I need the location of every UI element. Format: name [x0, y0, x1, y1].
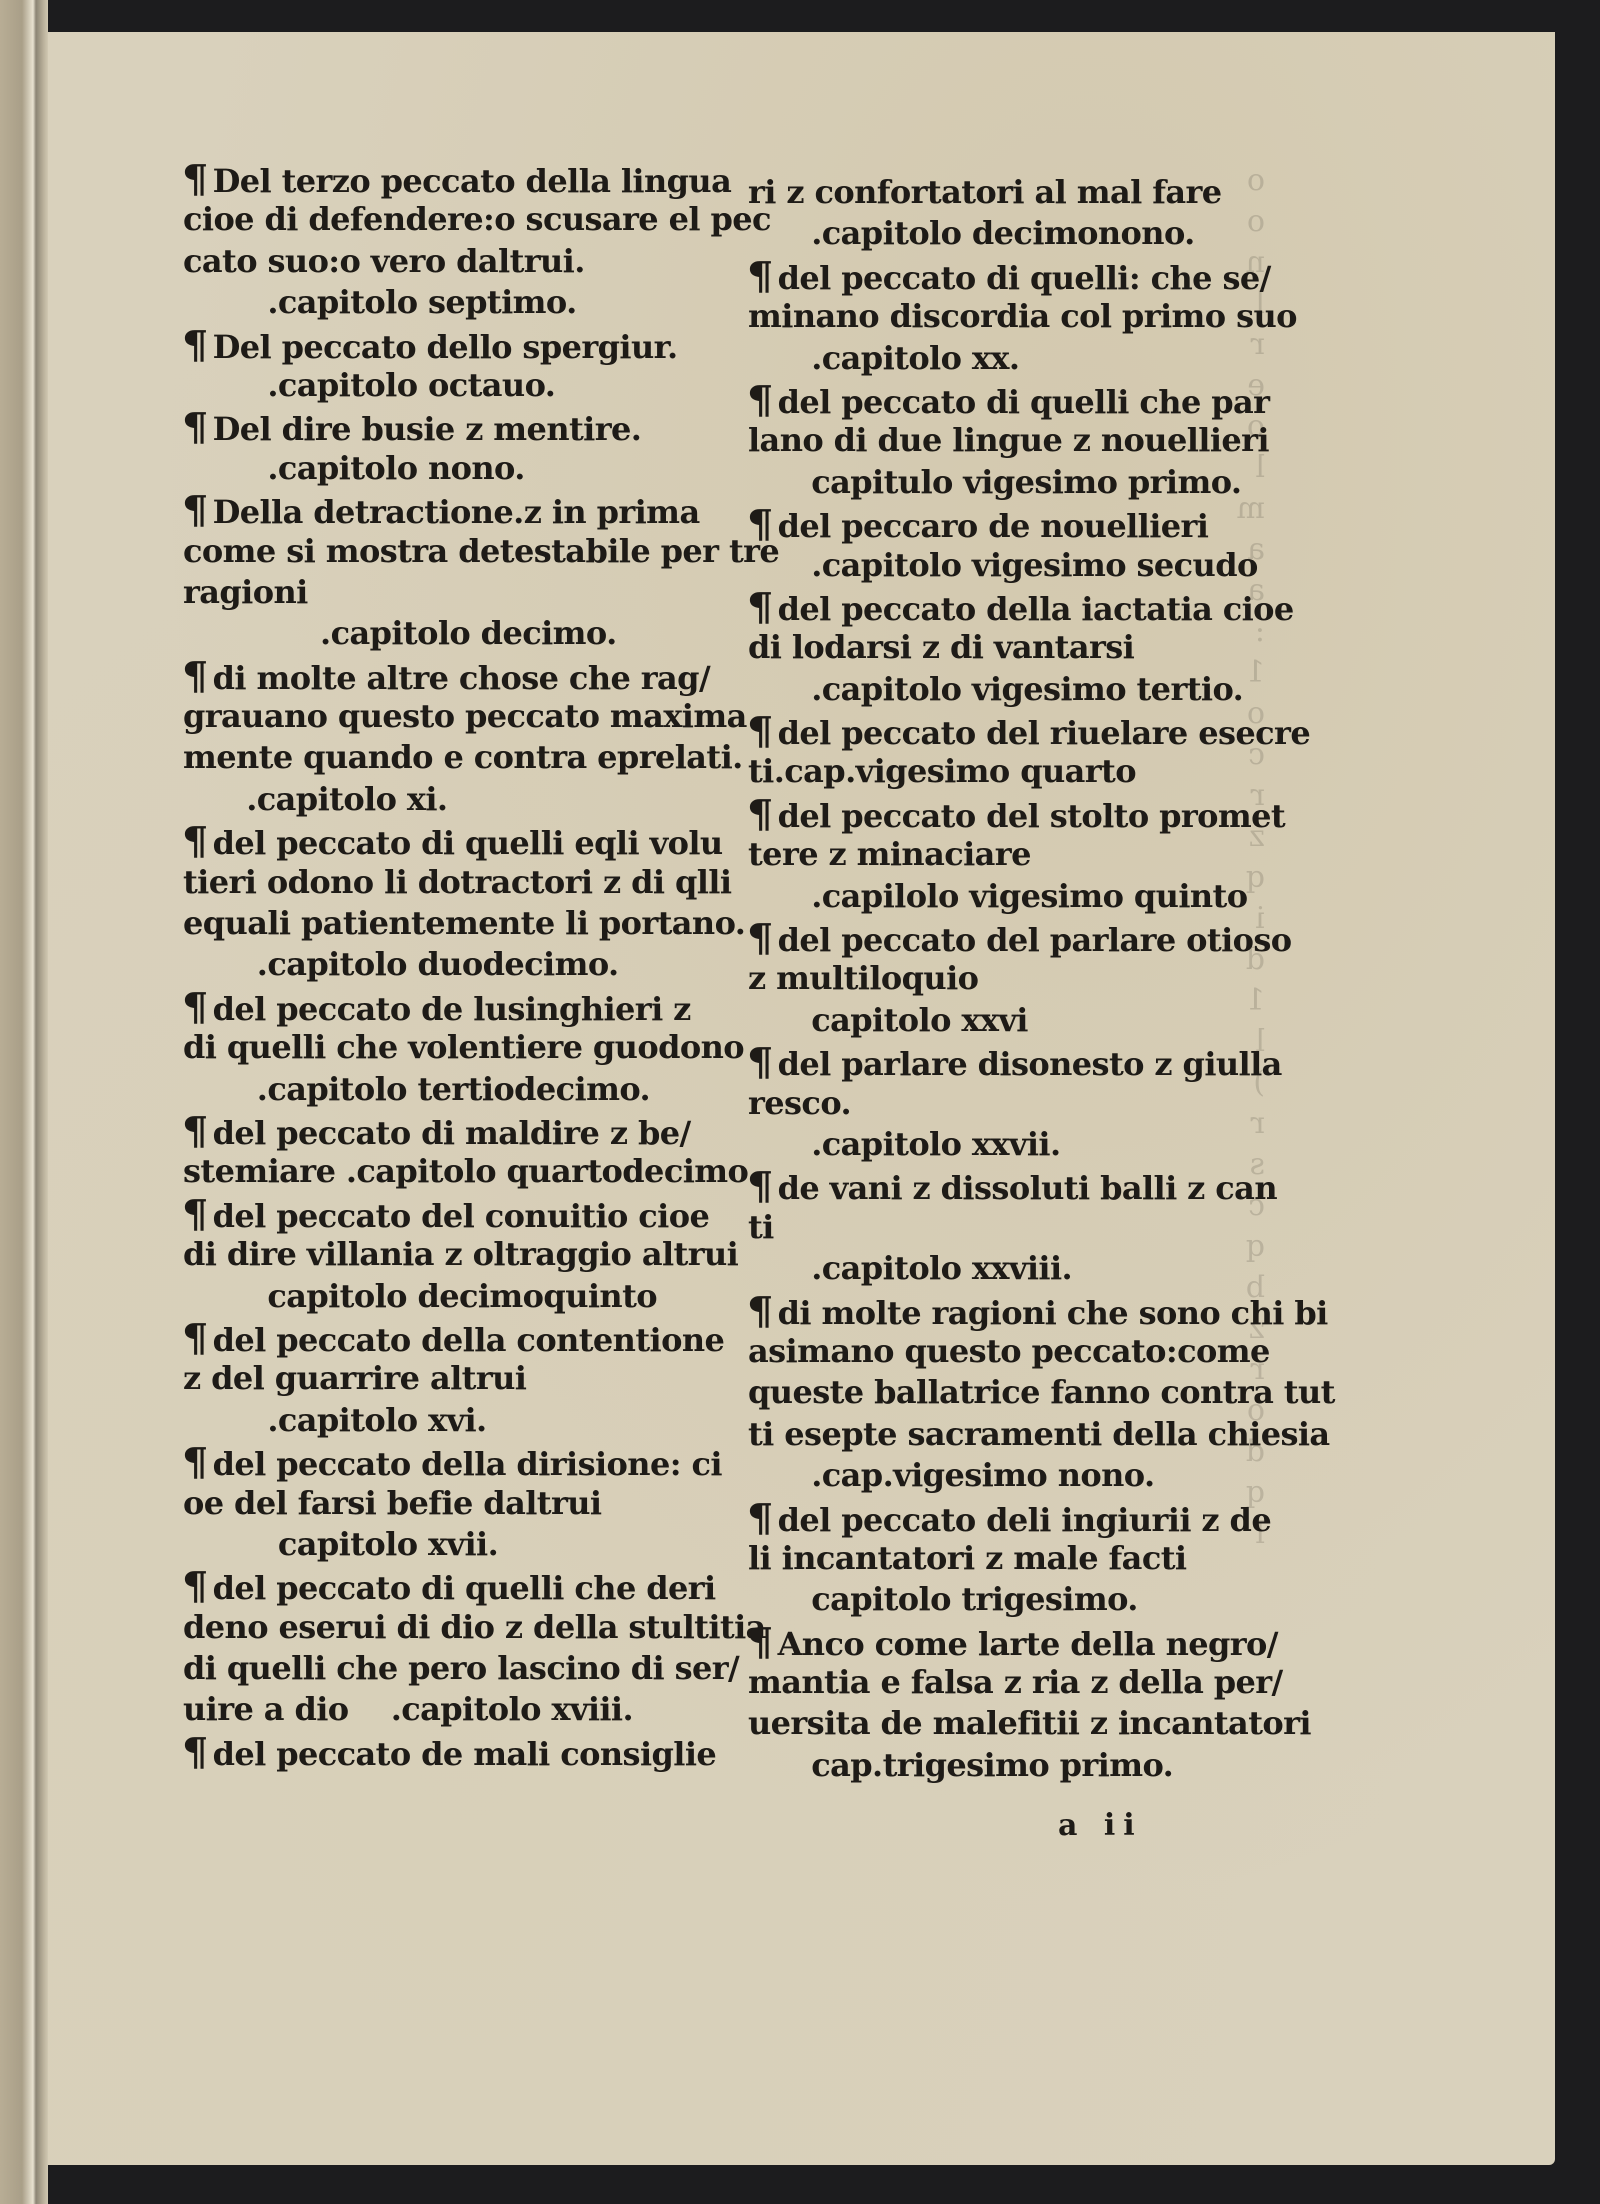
line-text: uire a dio .capitolo xviii.	[183, 1690, 633, 1728]
right-column: ri z confortatori al mal fare .capitolo …	[748, 172, 1258, 1786]
toc-entry-line: di lodarsi z di vantarsi	[748, 627, 1258, 668]
line-text: .capitolo tertiodecimo.	[183, 1070, 650, 1108]
paragraph-mark-icon: ¶	[747, 793, 773, 834]
toc-entry-line: capitolo xxvi	[748, 1000, 1258, 1041]
toc-entry-start: ¶del peccato del riuelare esecre	[748, 710, 1258, 751]
line-text: queste ballatrice fanno contra tut	[748, 1373, 1335, 1411]
line-text: capitolo decimoquinto	[183, 1277, 657, 1315]
toc-entry-start: ¶del parlare disonesto z giulla	[748, 1041, 1258, 1082]
toc-entry-line: uersita de malefitii z incantatori	[748, 1703, 1258, 1744]
line-text: di dire villania z oltraggio altrui	[183, 1235, 738, 1273]
line-text: del peccato del riuelare esecre	[778, 714, 1311, 752]
toc-entry-start: ¶Del terzo peccato della lingua	[183, 158, 693, 199]
paragraph-mark-icon: ¶	[182, 986, 208, 1027]
line-text: minano discordia col primo suo	[748, 297, 1297, 335]
paragraph-mark-icon: ¶	[747, 503, 773, 544]
toc-entry-line: .capilolo vigesimo quinto	[748, 876, 1258, 917]
paragraph-mark-icon: ¶	[182, 324, 208, 365]
line-text: del peccaro de nouellieri	[778, 507, 1209, 545]
line-text: .capitolo vigesimo tertio.	[748, 670, 1243, 708]
paragraph-mark-icon: ¶	[747, 710, 773, 751]
line-text: ti esepte sacramenti della chiesia	[748, 1415, 1330, 1453]
paragraph-mark-icon: ¶	[182, 1441, 208, 1482]
toc-entry-line: tere z minaciare	[748, 834, 1258, 875]
line-text: ragioni	[183, 573, 308, 611]
line-text: equali patientemente li portano.	[183, 904, 745, 942]
paragraph-mark-icon: ¶	[747, 255, 773, 296]
line-text: uersita de malefitii z incantatori	[748, 1704, 1311, 1742]
line-text: del peccato di maldire z be/	[213, 1114, 691, 1152]
line-text: di lodarsi z di vantarsi	[748, 628, 1134, 666]
line-text: cap.trigesimo primo.	[748, 1746, 1173, 1784]
toc-entry-start: ¶Della detractione.z in prima	[183, 489, 693, 530]
line-text: .capitolo xxviii.	[748, 1249, 1072, 1287]
toc-entry-line: .capitolo nono.	[183, 448, 693, 489]
toc-entry-line: cap.trigesimo primo.	[748, 1745, 1258, 1786]
line-text: cato suo:o vero daltrui.	[183, 242, 585, 280]
toc-entry-line: deno eserui di dio z della stultitia	[183, 1607, 693, 1648]
line-text: resco.	[748, 1084, 851, 1122]
line-text: capitolo trigesimo.	[748, 1580, 1138, 1618]
toc-entry-line: ragioni	[183, 572, 693, 613]
line-text: di quelli che pero lascino di ser/	[183, 1649, 739, 1687]
line-text: z multiloquio	[748, 959, 978, 997]
toc-entry-start: ¶de vani z dissoluti balli z can	[748, 1165, 1258, 1206]
line-text: .capitolo decimo.	[183, 614, 617, 652]
line-text: del peccato di quelli: che se/	[778, 259, 1271, 297]
paragraph-mark-icon: ¶	[182, 1317, 208, 1358]
toc-entry-line: .capitolo duodecimo.	[183, 944, 693, 985]
toc-entry-start: ¶Del peccato dello spergiur.	[183, 324, 693, 365]
toc-entry-line: equali patientemente li portano.	[183, 903, 693, 944]
toc-entry-line: .capitolo xi.	[183, 779, 693, 820]
signature-mark: a ii	[1058, 1808, 1143, 1843]
toc-entry-start: ¶del peccato di maldire z be/	[183, 1110, 693, 1151]
line-text: .capitolo xi.	[183, 780, 447, 818]
toc-entry-line: lano di due lingue z nouellieri	[748, 420, 1258, 461]
paragraph-mark-icon: ¶	[747, 1621, 773, 1662]
line-text: Anco come larte della negro/	[778, 1625, 1278, 1663]
toc-entry-line: come si mostra detestabile per tre	[183, 531, 693, 572]
left-column: ¶Del terzo peccato della linguacioe di d…	[183, 158, 693, 1772]
paragraph-mark-icon: ¶	[747, 1165, 773, 1206]
toc-entry-start: ¶del peccato del stolto promet	[748, 793, 1258, 834]
paragraph-mark-icon: ¶	[747, 379, 773, 420]
paragraph-mark-icon: ¶	[747, 1497, 773, 1538]
line-text: del peccato della contentione	[213, 1321, 725, 1359]
line-text: Del peccato dello spergiur.	[213, 328, 678, 366]
paragraph-mark-icon: ¶	[182, 1110, 208, 1151]
paragraph-mark-icon: ¶	[182, 158, 208, 199]
toc-entry-start: ¶del peccato di quelli che par	[748, 379, 1258, 420]
line-text: oe del farsi befie daltrui	[183, 1484, 601, 1522]
paragraph-mark-icon: ¶	[182, 1193, 208, 1234]
toc-entry-line: .cap.vigesimo nono.	[748, 1455, 1258, 1496]
toc-entry-line: ti	[748, 1207, 1258, 1248]
line-text: del peccato della dirisione: ci	[213, 1445, 722, 1483]
toc-entry-line: .capitolo xvi.	[183, 1400, 693, 1441]
line-text: .capitolo xvi.	[183, 1401, 487, 1439]
line-text: del peccato del parlare otioso	[778, 921, 1292, 959]
toc-entry-line: .capitolo decimonono.	[748, 213, 1258, 254]
toc-entry-line: cioe di defendere:o scusare el pec	[183, 199, 693, 240]
toc-entry-line: di quelli che pero lascino di ser/	[183, 1648, 693, 1689]
toc-entry-start: ¶del peccato de lusinghieri z	[183, 986, 693, 1027]
toc-entry-line: capitolo decimoquinto	[183, 1276, 693, 1317]
toc-entry-line: .capitolo xx.	[748, 338, 1258, 379]
toc-entry-start: ¶del peccato di quelli: che se/	[748, 255, 1258, 296]
line-text: .capitolo nono.	[183, 449, 525, 487]
line-text: Del terzo peccato della lingua	[213, 162, 732, 200]
paragraph-mark-icon: ¶	[747, 1041, 773, 1082]
paragraph-mark-icon: ¶	[182, 406, 208, 447]
line-text: asimano questo peccato:come	[748, 1332, 1270, 1370]
line-text: ri z confortatori al mal fare	[748, 173, 1222, 211]
toc-entry-start: ¶del peccato della dirisione: ci	[183, 1441, 693, 1482]
toc-entry-line: capitulo vigesimo primo.	[748, 462, 1258, 503]
line-text: .capitolo vigesimo secudo	[748, 546, 1258, 584]
toc-entry-line: ti.cap.vigesimo quarto	[748, 751, 1258, 792]
line-text: ti	[748, 1208, 774, 1246]
toc-entry-line: capitolo trigesimo.	[748, 1579, 1258, 1620]
line-text: deno eserui di dio z della stultitia	[183, 1608, 766, 1646]
line-text: del peccato deli ingiurii z de	[778, 1501, 1272, 1539]
toc-entry-start: ¶di molte ragioni che sono chi bi	[748, 1290, 1258, 1331]
line-text: del peccato di quelli eqli volu	[213, 824, 723, 862]
line-text: di quelli che volentiere guodono	[183, 1028, 744, 1066]
line-text: di molte ragioni che sono chi bi	[778, 1294, 1328, 1332]
line-text: di molte altre chose che rag/	[213, 659, 710, 697]
line-text: li incantatori z male facti	[748, 1539, 1186, 1577]
toc-entry-line: z del guarrire altrui	[183, 1358, 693, 1399]
line-text: mente quando e contra eprelati.	[183, 738, 743, 776]
toc-entry-start: ¶del peccato de mali consiglie	[183, 1731, 693, 1772]
toc-entry-line: uire a dio .capitolo xviii.	[183, 1689, 693, 1730]
line-text: del parlare disonesto z giulla	[778, 1045, 1282, 1083]
paragraph-mark-icon: ¶	[747, 917, 773, 958]
line-text: del peccato della iactatia cioe	[778, 590, 1294, 628]
toc-entry-line: .capitolo vigesimo tertio.	[748, 669, 1258, 710]
toc-entry-line: tieri odono li dotractori z di qlli	[183, 862, 693, 903]
paragraph-mark-icon: ¶	[182, 1731, 208, 1772]
toc-entry-line: asimano questo peccato:come	[748, 1331, 1258, 1372]
line-text: del peccato de lusinghieri z	[213, 990, 691, 1028]
paragraph-mark-icon: ¶	[747, 1290, 773, 1331]
line-text: ti.cap.vigesimo quarto	[748, 752, 1136, 790]
line-text: .capitolo decimonono.	[748, 214, 1195, 252]
toc-entry-start: ¶del peccato di quelli che deri	[183, 1565, 693, 1606]
toc-entry-start: ¶del peccato del conuitio cioe	[183, 1193, 693, 1234]
toc-entry-start: ¶del peccaro de nouellieri	[748, 503, 1258, 544]
line-text: .capitolo septimo.	[183, 283, 577, 321]
line-text: .capitolo octauo.	[183, 366, 555, 404]
line-text: .capitolo xxvii.	[748, 1125, 1061, 1163]
toc-entry-start: ¶di molte altre chose che rag/	[183, 655, 693, 696]
paragraph-mark-icon: ¶	[747, 586, 773, 627]
toc-entry-start: ¶Del dire busie z mentire.	[183, 406, 693, 447]
line-text: Della detractione.z in prima	[213, 493, 700, 531]
line-text: mantia e falsa z ria z della per/	[748, 1663, 1283, 1701]
toc-entry-line: .capitolo vigesimo secudo	[748, 545, 1258, 586]
toc-entry-line: resco.	[748, 1083, 1258, 1124]
line-text: tere z minaciare	[748, 835, 1031, 873]
toc-entry-start: ¶del peccato della contentione	[183, 1317, 693, 1358]
line-text: .capilolo vigesimo quinto	[748, 877, 1247, 915]
toc-entry-start: ¶Anco come larte della negro/	[748, 1621, 1258, 1662]
line-text: z del guarrire altrui	[183, 1359, 526, 1397]
line-text: .capitolo duodecimo.	[183, 945, 619, 983]
toc-entry-line: queste ballatrice fanno contra tut	[748, 1372, 1258, 1413]
toc-entry-line: capitolo xvii.	[183, 1524, 693, 1565]
line-text: come si mostra detestabile per tre	[183, 532, 779, 570]
line-text: stemiare .capitolo quartodecimo	[183, 1152, 748, 1190]
toc-entry-line: ri z confortatori al mal fare	[748, 172, 1258, 213]
toc-entry-line: stemiare .capitolo quartodecimo	[183, 1151, 693, 1192]
line-text: .capitolo xx.	[748, 339, 1019, 377]
line-text: capitulo vigesimo primo.	[748, 463, 1241, 501]
toc-entry-start: ¶del peccato di quelli eqli volu	[183, 820, 693, 861]
toc-entry-line: oe del farsi befie daltrui	[183, 1483, 693, 1524]
paragraph-mark-icon: ¶	[182, 820, 208, 861]
line-text: grauano questo peccato maxima	[183, 697, 747, 735]
toc-entry-line: grauano questo peccato maxima	[183, 696, 693, 737]
line-text: de vani z dissoluti balli z can	[778, 1169, 1277, 1207]
paragraph-mark-icon: ¶	[182, 655, 208, 696]
toc-entry-line: mente quando e contra eprelati.	[183, 737, 693, 778]
line-text: .cap.vigesimo nono.	[748, 1456, 1155, 1494]
toc-entry-line: .capitolo tertiodecimo.	[183, 1069, 693, 1110]
toc-entry-line: .capitolo xxviii.	[748, 1248, 1258, 1289]
toc-entry-start: ¶del peccato della iactatia cioe	[748, 586, 1258, 627]
line-text: capitolo xvii.	[183, 1525, 498, 1563]
toc-entry-start: ¶del peccato deli ingiurii z de	[748, 1497, 1258, 1538]
toc-entry-line: di dire villania z oltraggio altrui	[183, 1234, 693, 1275]
line-text: del peccato del conuitio cioe	[213, 1197, 710, 1235]
toc-entry-line: .capitolo septimo.	[183, 282, 693, 323]
book-binding-gutter	[0, 0, 48, 2204]
line-text: del peccato di quelli che deri	[213, 1569, 716, 1607]
toc-entry-line: .capitolo decimo.	[183, 613, 693, 654]
toc-entry-line: z multiloquio	[748, 958, 1258, 999]
toc-entry-line: minano discordia col primo suo	[748, 296, 1258, 337]
toc-entry-line: .capitolo xxvii.	[748, 1124, 1258, 1165]
line-text: capitolo xxvi	[748, 1001, 1028, 1039]
line-text: del peccato di quelli che par	[778, 383, 1270, 421]
line-text: lano di due lingue z nouellieri	[748, 421, 1269, 459]
line-text: cioe di defendere:o scusare el pec	[183, 200, 771, 238]
toc-entry-line: cato suo:o vero daltrui.	[183, 241, 693, 282]
toc-entry-line: di quelli che volentiere guodono	[183, 1027, 693, 1068]
toc-entry-line: mantia e falsa z ria z della per/	[748, 1662, 1258, 1703]
toc-entry-line: li incantatori z male facti	[748, 1538, 1258, 1579]
paragraph-mark-icon: ¶	[182, 489, 208, 530]
toc-entry-line: .capitolo octauo.	[183, 365, 693, 406]
line-text: tieri odono li dotractori z di qlli	[183, 863, 731, 901]
line-text: del peccato de mali consiglie	[213, 1735, 717, 1773]
toc-entry-line: ti esepte sacramenti della chiesia	[748, 1414, 1258, 1455]
paragraph-mark-icon: ¶	[182, 1565, 208, 1606]
line-text: del peccato del stolto promet	[778, 797, 1286, 835]
toc-entry-start: ¶del peccato del parlare otioso	[748, 917, 1258, 958]
line-text: Del dire busie z mentire.	[213, 410, 642, 448]
